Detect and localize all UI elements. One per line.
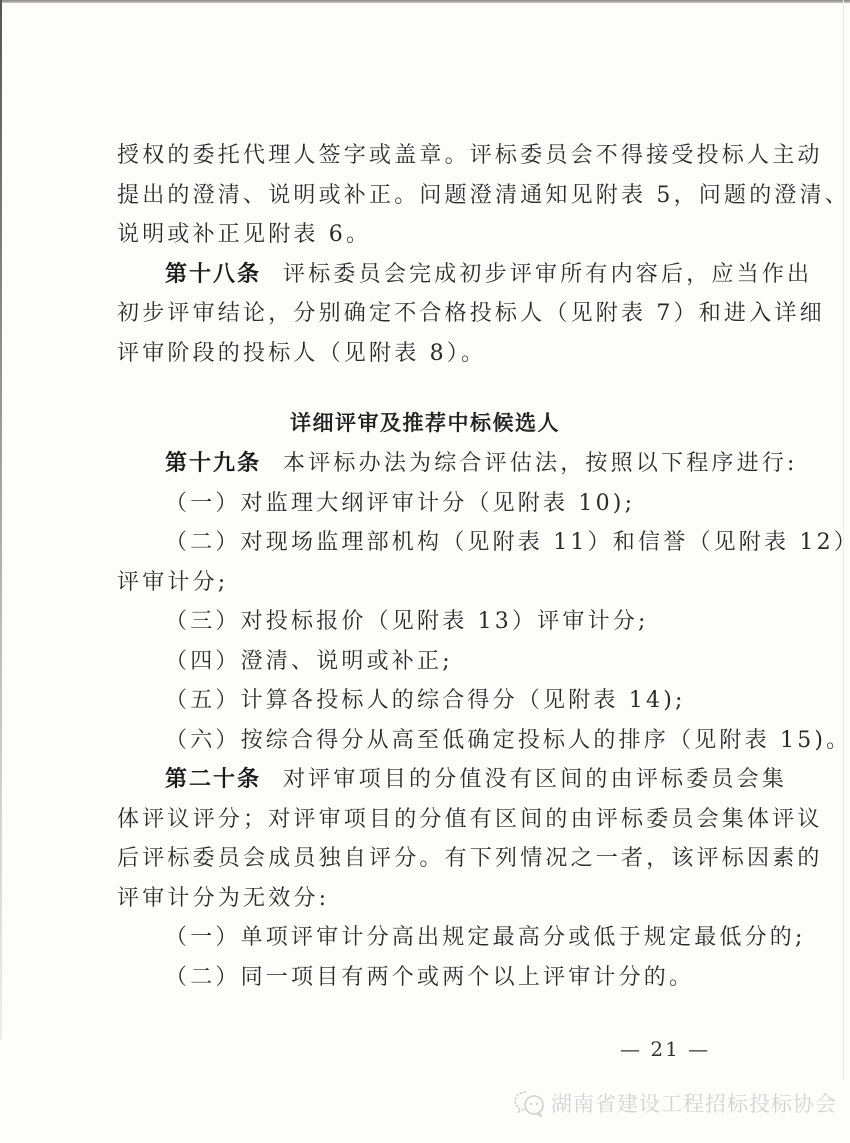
- list-item: （五）计算各投标人的综合得分（见附表 14);: [117, 681, 733, 721]
- text-line: 后评标委员会成员独自评分。有下列情况之一者，该评标因素的: [117, 839, 733, 879]
- text-line: 提出的澄清、说明或补正。问题澄清通知见附表 5，问题的澄清、: [117, 176, 733, 216]
- text-span: 本评标办法为综合评估法，按照以下程序进行:: [283, 451, 798, 476]
- text-line: 初步评审结论，分别确定不合格投标人（见附表 7）和进入详细: [117, 294, 733, 334]
- text-line: 体评议评分；对评审项目的分值有区间的由评标委员会集体评议: [117, 800, 733, 840]
- page-edge-left: [0, 0, 2, 1040]
- list-item: （二）对现场监理部机构（见附表 11）和信誉（见附表 12）: [117, 523, 733, 563]
- list-item: （一）对监理大纲评审计分（见附表 10);: [117, 484, 733, 524]
- wechat-icon: [513, 1088, 547, 1118]
- article-18-first-line: 第十八条评标委员会完成初步评审所有内容后，应当作出: [117, 255, 733, 295]
- list-item: （二）同一项目有两个或两个以上评审计分的。: [117, 958, 733, 998]
- list-item: （三）对投标报价（见附表 13）评审计分;: [117, 602, 733, 642]
- text-line: 评审计分为无效分:: [117, 879, 733, 919]
- article-19-first-line: 第十九条本评标办法为综合评估法，按照以下程序进行:: [117, 444, 733, 484]
- list-item: （四）澄清、说明或补正;: [117, 642, 733, 682]
- section-heading: 详细评审及推荐中标候选人: [117, 402, 733, 444]
- page-edge-top: [0, 0, 850, 3]
- text-span: 评标委员会完成初步评审所有内容后，应当作出: [283, 262, 812, 287]
- list-item-continuation: 评审计分;: [117, 563, 733, 603]
- article-number: 第十八条: [165, 262, 261, 287]
- list-item: （六）按综合得分从高至低确定投标人的排序（见附表 15)。: [117, 721, 733, 761]
- page-number: — 21 —: [620, 1037, 710, 1061]
- list-item: （一）单项评审计分高出规定最高分或低于规定最低分的;: [117, 918, 733, 958]
- spacer: [117, 373, 733, 402]
- text-line: 评审阶段的投标人（见附表 8）。: [117, 334, 733, 374]
- article-number: 第十九条: [165, 451, 261, 476]
- article-number: 第二十条: [165, 767, 261, 792]
- article-20-first-line: 第二十条对评审项目的分值没有区间的由评标委员会集: [117, 760, 733, 800]
- watermark: 湖南省建设工程招标投标协会: [513, 1088, 837, 1118]
- text-span: 对评审项目的分值没有区间的由评标委员会集: [283, 767, 787, 792]
- text-line: 授权的委托代理人签字或盖章。评标委员会不得接受投标人主动: [117, 136, 733, 176]
- watermark-text: 湖南省建设工程招标投标协会: [551, 1088, 837, 1118]
- text-line: 说明或补正见附表 6。: [117, 215, 733, 255]
- document-body: 授权的委托代理人签字或盖章。评标委员会不得接受投标人主动 提出的澄清、说明或补正…: [117, 136, 733, 997]
